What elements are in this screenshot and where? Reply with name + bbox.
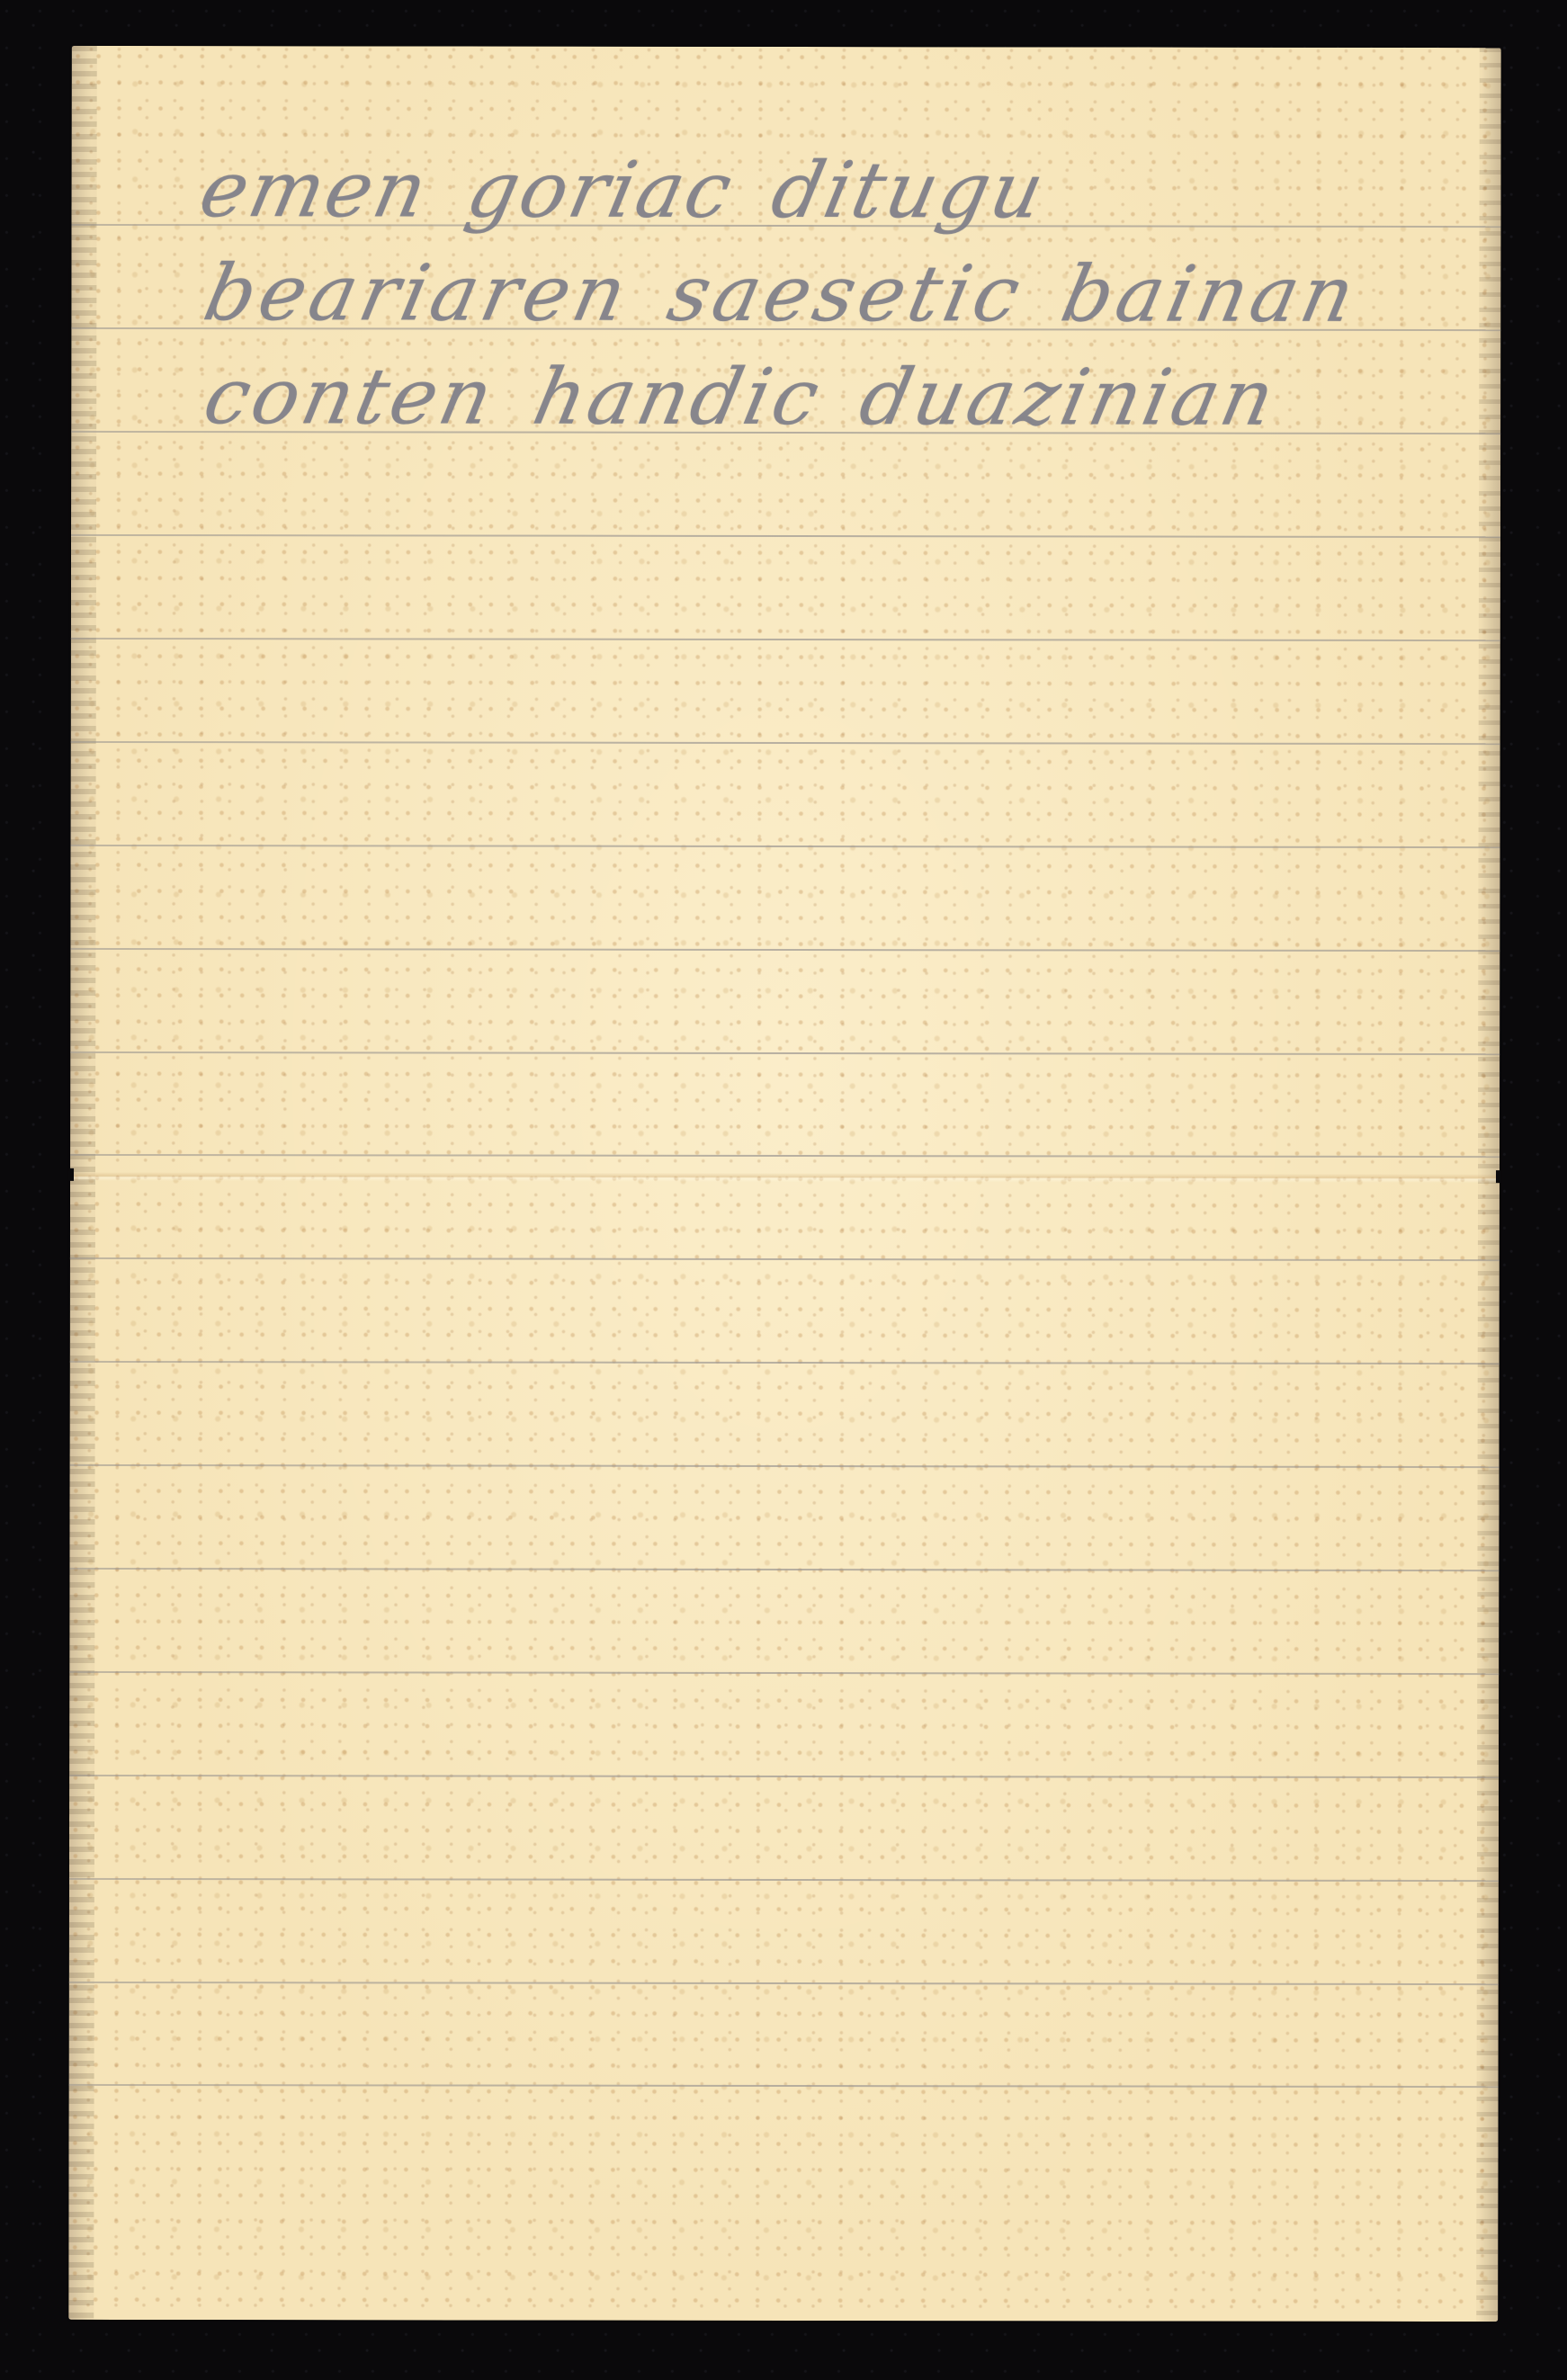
word: ditugu (764, 146, 1053, 236)
ruled-line (71, 534, 1500, 538)
ruled-line (69, 1671, 1499, 1675)
ruled-line (70, 948, 1500, 952)
ruled-line (69, 1775, 1499, 1778)
handwriting-line-1: emengoriacditugu (193, 145, 1096, 236)
ruled-line (71, 638, 1500, 641)
ruled-line (71, 741, 1500, 745)
ruled-line (70, 1361, 1500, 1364)
paper-fold-crease (70, 1172, 1500, 1183)
word: duazinian (852, 353, 1285, 443)
ruled-line (70, 1257, 1500, 1261)
word: saesetic (660, 249, 1032, 340)
handwriting-line-2: beariarensaeseticbainan (197, 248, 1408, 340)
ruled-line (70, 1464, 1500, 1468)
ruled-line (69, 1878, 1499, 1882)
left-edge-wear (68, 46, 97, 2320)
word: conten (197, 352, 505, 442)
ruled-line (70, 1154, 1500, 1158)
word: emen (193, 145, 437, 235)
word: goriac (460, 146, 742, 236)
ruled-line (69, 1568, 1499, 1571)
right-edge-wear (1476, 48, 1501, 2322)
word: handic (526, 353, 830, 443)
handwriting-line-3: contenhandicduazinian (197, 352, 1327, 443)
fold-notch-left (68, 1168, 74, 1181)
paper-sheet: emengoriacditugu beariarensaeseticbainan… (68, 46, 1501, 2322)
ruled-line (69, 2084, 1499, 2088)
ruled-line (71, 845, 1500, 848)
word: bainan (1054, 249, 1366, 339)
word: beariaren (197, 248, 639, 339)
ruled-line (69, 1982, 1499, 1985)
ruled-line (70, 1051, 1500, 1055)
fold-notch-right (1496, 1170, 1501, 1183)
